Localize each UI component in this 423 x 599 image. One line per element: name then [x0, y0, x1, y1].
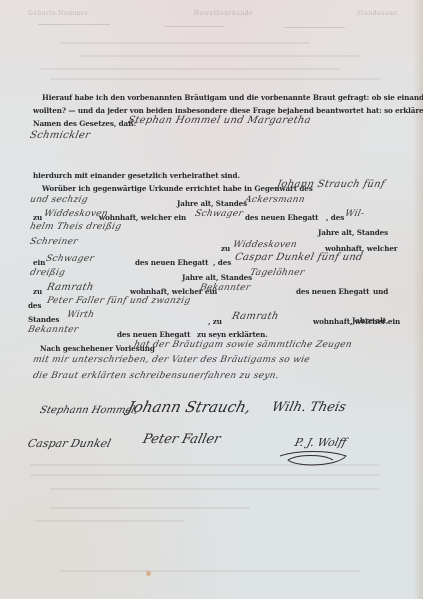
printed-line: Jahre alt, Standes	[318, 228, 388, 237]
printed-line: wollten? — und da jeder von beiden insbe…	[33, 106, 423, 115]
page-edge-shadow	[413, 0, 423, 599]
bleed-through-line	[60, 570, 360, 572]
printed-line: Jahre alt, Standes	[182, 273, 252, 282]
handwritten-witness3-relation: Bekannter	[199, 283, 251, 293]
handwritten-closing-line: hat der Bräutigam sowie sämmtliche Zeuge…	[133, 340, 353, 350]
bleed-through-line	[60, 42, 310, 44]
printed-line: zu	[33, 287, 42, 296]
bleed-through-line	[35, 520, 185, 522]
printed-line: des neuen Ehegatt	[245, 213, 318, 222]
printed-line: , des	[326, 213, 344, 222]
handwritten-closing-line: mit mir unterschrieben, der Vater des Br…	[32, 355, 311, 365]
printed-line: des neuen Ehegatt	[296, 287, 369, 296]
handwritten-witness2-place: Widdeskoven	[232, 240, 298, 250]
printed-line: zu	[221, 244, 230, 253]
handwritten-witness1-relation: Schwager	[194, 209, 244, 219]
ghost-rule	[285, 27, 345, 28]
handwritten-witness1-age: und sechzig	[29, 195, 89, 205]
ghost-header-left: Geburts-Nummer.	[28, 10, 90, 17]
printed-line: Standes	[28, 315, 59, 324]
printed-line: Worüber ich gegenwärtige Urkunde erricht…	[42, 184, 313, 193]
signature-witness4: Peter Faller	[141, 432, 222, 447]
signature-witness1: Johann Strauch,	[126, 398, 253, 416]
ghost-header-center: Heirathsurkunde	[194, 10, 254, 17]
handwritten-witness3-name: Caspar Dunkel fünf und	[234, 252, 364, 263]
printed-line: und	[373, 287, 388, 296]
bleed-through-line	[50, 488, 380, 490]
handwritten-witness2-relation: Schwager	[45, 254, 95, 264]
handwritten-witness2-name-b: helm Theis dreißig	[29, 222, 122, 232]
bleed-through-line	[80, 55, 360, 57]
handwritten-witness3-place: Ramrath	[46, 282, 95, 293]
handwritten-closing-line: die Braut erklärten schreibensunerfahren…	[32, 371, 280, 381]
printed-line: ein	[33, 258, 45, 267]
ghost-rule	[165, 26, 225, 27]
handwritten-witness4-occupation: Wirth	[66, 310, 95, 320]
printed-line: des	[28, 301, 41, 310]
printed-line: hierdurch mit einander gesetzlich verhei…	[33, 171, 240, 180]
bleed-through-line	[30, 474, 380, 476]
handwritten-witness2-occupation: Schreiner	[29, 237, 79, 247]
paper-stain	[146, 571, 151, 576]
printed-line: des neuen Ehegatt	[135, 258, 208, 267]
handwritten-witness1-name: Johann Strauch fünf	[276, 179, 386, 190]
printed-line: des neuen Ehegatt	[117, 330, 190, 339]
printed-line: wohnhaft, welcher ein	[313, 317, 400, 326]
signature-witness3: Caspar Dunkel	[26, 437, 112, 450]
printed-line: zu seyn erklärten.	[197, 330, 268, 339]
printed-line: Jahre alt, Standes	[177, 199, 247, 208]
printed-line: Namen des Gesetzes, daß:	[33, 119, 136, 128]
signature-groom: Stephann Hommel,	[39, 405, 139, 416]
handwritten-couple-names: Stephan Hommel und Margaretha	[127, 115, 312, 126]
document-page: Geburts-Nummer. Heirathsurkunde Standesa…	[0, 0, 423, 599]
ghost-header: Geburts-Nummer. Heirathsurkunde Standesa…	[28, 10, 398, 17]
bleed-through-line	[50, 507, 250, 509]
bleed-through-line	[50, 78, 380, 80]
ghost-header-right: Standesamt	[357, 10, 398, 17]
printed-line: zu	[33, 213, 42, 222]
handwritten-witness4-place: Ramrath	[231, 311, 280, 322]
handwritten-witness1-occupation: Ackersmann	[244, 195, 306, 205]
handwritten-witness3-age: dreißig	[29, 268, 66, 278]
ghost-rule	[38, 24, 110, 25]
bleed-through-line	[40, 68, 340, 70]
handwritten-witness4-name: Peter Faller fünf und zwanzig	[46, 296, 191, 306]
printed-line: , des	[213, 258, 231, 267]
signature-flourish-icon	[278, 448, 350, 470]
printed-line: , zu	[208, 317, 222, 326]
handwritten-witness2-name-a: Wil-	[344, 209, 365, 219]
signature-witness2: Wilh. Theis	[270, 400, 347, 415]
handwritten-witness4-relation: Bekannter	[27, 325, 79, 335]
printed-line: wohnhaft, welcher ein	[99, 213, 186, 222]
handwritten-bride-surname: Schmickler	[29, 130, 91, 141]
handwritten-witness3-occupation: Tagelöhner	[249, 268, 305, 278]
printed-line: Hierauf habe ich den vorbenannten Bräuti…	[42, 93, 423, 102]
